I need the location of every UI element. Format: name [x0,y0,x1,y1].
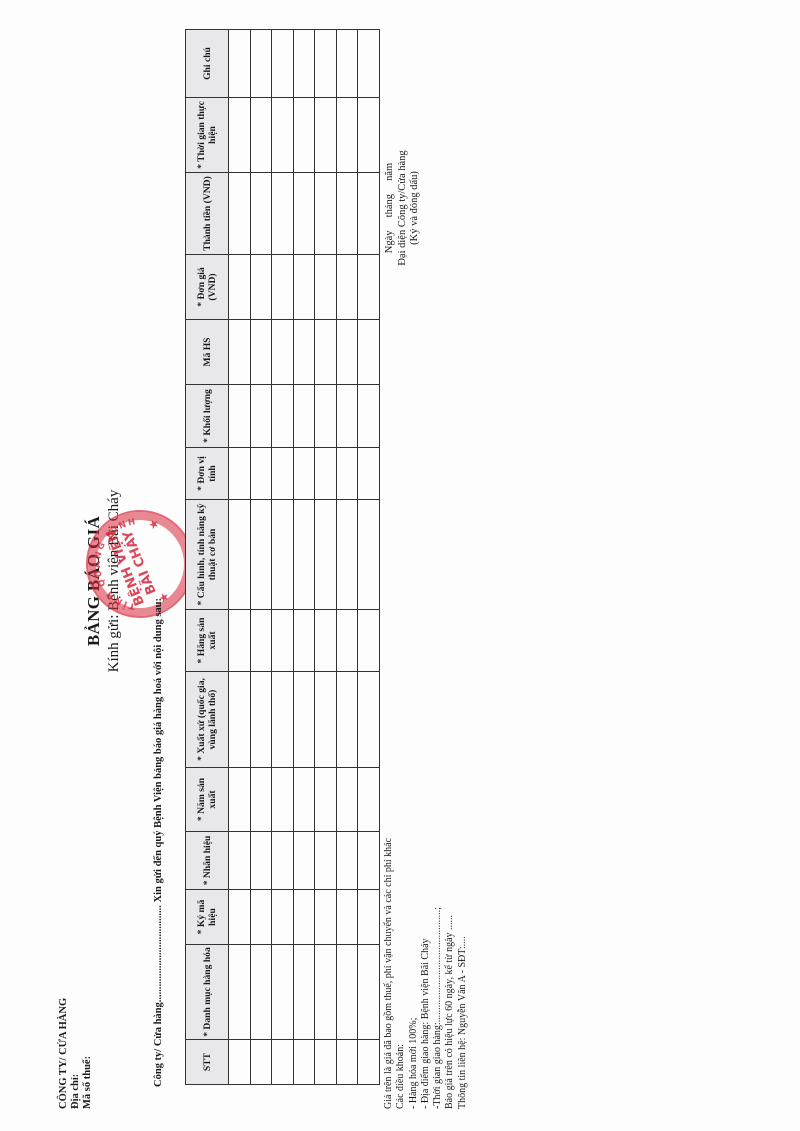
table-cell [250,768,272,832]
table-cell [293,890,315,945]
table-cell [315,890,337,945]
table-cell [336,320,358,385]
quotation-document: CÔNG TY/ CỬA HÀNG Địa chỉ: Mã số thuế: B… [0,0,800,1131]
validity-note: Báo giá trên có hiệu lực 60 ngày, kể từ … [444,838,456,1109]
table-cell [315,173,337,255]
table-cell [358,672,380,768]
sign-note: (Ký và đóng dấu) [409,123,422,293]
table-cell [315,320,337,385]
table-cell [315,610,337,672]
table-cell [272,890,294,945]
tax-code-label: Mã số thuế: [82,998,94,1109]
price-note: Giá trên là giá đã bao gồm thuế, phí vận… [383,838,395,1109]
table-cell [272,945,294,1040]
table-cell [272,173,294,255]
table-cell [272,255,294,320]
table-cell [315,945,337,1040]
table-cell [293,768,315,832]
table-cell [272,672,294,768]
table-cell [336,30,358,98]
table-cell [293,832,315,890]
table-cell [315,385,337,448]
table-cell [315,98,337,173]
signature-block: Ngày tháng năm Đại diện Công ty/Cửa hàng… [384,123,422,293]
column-header: Mã HS [186,320,229,385]
table-cell [293,173,315,255]
table-cell [229,448,251,500]
table-cell [336,945,358,1040]
table-cell [229,768,251,832]
table-cell [315,672,337,768]
address-label: Địa chỉ: [70,998,82,1109]
date-line: Ngày tháng năm [384,123,397,293]
table-cell [293,672,315,768]
column-header: * Nhãn hiệu [186,832,229,890]
table-cell [358,832,380,890]
table-cell [336,890,358,945]
table-cell [315,768,337,832]
table-cell [336,1040,358,1085]
table-cell [272,320,294,385]
table-cell [358,945,380,1040]
table-cell [229,255,251,320]
table-cell [272,30,294,98]
table-cell [250,500,272,610]
table-cell [272,500,294,610]
column-header: Thành tiền (VND) [186,173,229,255]
table-cell [250,448,272,500]
table-cell [229,1040,251,1085]
table-cell [336,768,358,832]
table-cell [358,610,380,672]
intro-line: Công ty/ Cửa hàng.......................… [153,598,164,1087]
table-cell [250,173,272,255]
table-cell [293,98,315,173]
table-cell [336,448,358,500]
table-cell [358,98,380,173]
table-cell [293,320,315,385]
column-header: STT [186,1040,229,1085]
table-cell [336,672,358,768]
table-cell [229,320,251,385]
table-cell [293,945,315,1040]
table-cell [315,30,337,98]
table-row [229,30,251,1085]
table-cell [336,610,358,672]
term-delivery-place: - Địa điểm giao hàng: Bệnh viện Bãi Cháy [420,838,432,1109]
table-cell [250,832,272,890]
table-cell [358,385,380,448]
table-cell [229,945,251,1040]
table-cell [229,672,251,768]
table-cell [358,320,380,385]
table-cell [293,385,315,448]
table-cell [293,448,315,500]
table-cell [229,890,251,945]
table-cell [293,255,315,320]
table-cell [358,173,380,255]
column-header: * Cấu hình, tính năng kỹ thuật cơ bản [186,500,229,610]
table-cell [229,173,251,255]
table-cell [315,1040,337,1085]
table-cell [272,98,294,173]
table-cell [358,500,380,610]
table-row [293,30,315,1085]
table-cell [336,500,358,610]
table-row [358,30,380,1085]
table-cell [272,832,294,890]
term-new-goods: - Hàng hóa mới 100%; [408,838,420,1109]
table-cell [272,768,294,832]
column-header: * Hãng sản xuất [186,610,229,672]
table-cell [293,1040,315,1085]
table-cell [358,448,380,500]
table-cell [358,890,380,945]
table-cell [250,945,272,1040]
contact-info: Thông tin liên hệ: Nguyễn Văn A - SĐT:..… [457,838,469,1109]
column-header: * Khối lượng [186,385,229,448]
company-name-label: CÔNG TY/ CỬA HÀNG [58,998,70,1109]
column-header: * Xuất xứ (quốc gia, vùng lãnh thổ) [186,672,229,768]
document-title: BẢNG BÁO GIÁ [84,411,104,751]
stamp-star-icon: ★ [146,518,162,531]
column-header: * Năm sản xuất [186,768,229,832]
table-row [272,30,294,1085]
table-cell [272,1040,294,1085]
table-cell [336,832,358,890]
table-header-row: STT* Danh mục hàng hóa* Ký mã hiệu* Nhãn… [186,30,229,1085]
table-cell [250,98,272,173]
table-cell [358,255,380,320]
table-cell [293,610,315,672]
table-cell [358,1040,380,1085]
table-cell [272,610,294,672]
terms-label: Các điều khoản: [395,838,407,1109]
table-cell [250,385,272,448]
table-cell [229,500,251,610]
table-cell [250,320,272,385]
table-cell [229,832,251,890]
table-cell [315,255,337,320]
table-cell [336,385,358,448]
table-cell [293,30,315,98]
table-cell [229,385,251,448]
column-header: * Thời gian thực hiện [186,98,229,173]
table-cell [336,255,358,320]
table-cell [250,672,272,768]
company-header: CÔNG TY/ CỬA HÀNG Địa chỉ: Mã số thuế: [58,998,94,1109]
column-header: Ghi chú [186,30,229,98]
addressee: Kính gửi: Bệnh viện Bãi Cháy [106,411,123,751]
terms-notes: Giá trên là giá đã bao gồm thuế, phí vận… [383,838,469,1109]
table-cell [250,1040,272,1085]
table-cell [250,890,272,945]
table-cell [315,832,337,890]
table-cell [229,30,251,98]
table-row [315,30,337,1085]
table-cell [229,98,251,173]
column-header: * Ký mã hiệu [186,890,229,945]
representative-label: Đại diện Công ty/Cửa hàng [397,123,410,293]
table-cell [293,500,315,610]
quotation-table: STT* Danh mục hàng hóa* Ký mã hiệu* Nhãn… [185,29,380,1085]
table-row [336,30,358,1085]
table-cell [272,385,294,448]
column-header: * Đơn vị tính [186,448,229,500]
table-cell [315,448,337,500]
table-cell [250,255,272,320]
table-cell [250,610,272,672]
table-cell [272,448,294,500]
table-cell [358,768,380,832]
table-cell [336,98,358,173]
table-cell [315,500,337,610]
table-cell [229,610,251,672]
table-row [250,30,272,1085]
table-cell [358,30,380,98]
column-header: * Danh mục hàng hóa [186,945,229,1040]
table-cell [250,30,272,98]
title-block: BẢNG BÁO GIÁ Kính gửi: Bệnh viện Bãi Chá… [84,411,123,751]
column-header: * Đơn giá (VND) [186,255,229,320]
table-cell [336,173,358,255]
term-delivery-time: -Thời gian giao hàng:...................… [432,838,444,1109]
